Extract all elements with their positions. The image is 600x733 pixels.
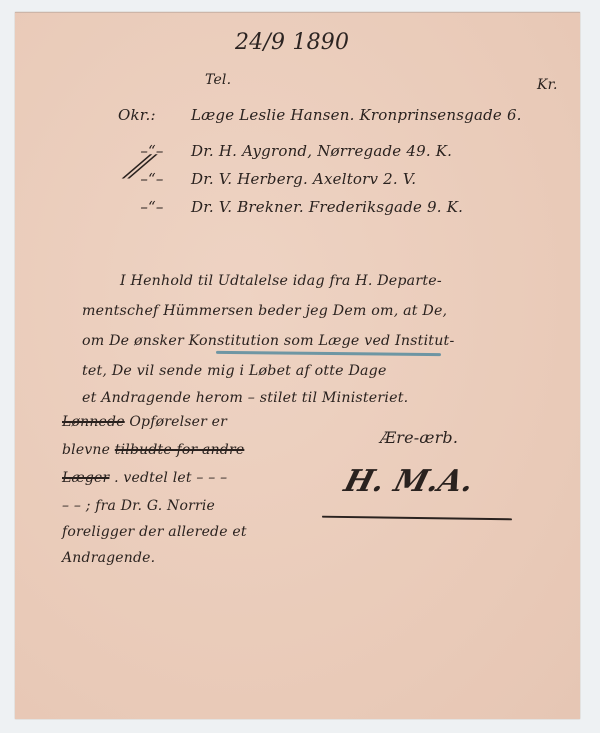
letter-date: 24/9 1890: [235, 30, 349, 55]
side-note-line: – – ; fra Dr. G. Norrie: [62, 498, 215, 514]
addressee-address: Axeltorv 2. V.: [313, 170, 416, 188]
closing-salutation: Ære-ærb.: [380, 428, 458, 447]
header-note: Tel.: [205, 72, 231, 88]
ditto-mark: –“–: [118, 142, 186, 160]
addressee-row: Okr.: Læge Leslie Hansen. Kronprinsensga…: [118, 106, 522, 124]
struck-text: Læger: [62, 470, 109, 486]
addressee-address: Frederiksgade 9. K.: [309, 198, 463, 216]
body-line: I Henhold til Udtalelse idag fra H. Depa…: [120, 273, 442, 289]
addressee-prefix: Okr.:: [118, 106, 186, 124]
addressee-address: Kronprinsensgade 6.: [360, 106, 522, 124]
addressee-row: –“– Dr. V. Herberg. Axeltorv 2. V.: [118, 170, 416, 188]
note-text: . vedtel let – – –: [114, 470, 227, 486]
side-note-line: Læger . vedtel let – – –: [62, 470, 227, 486]
side-note-line: blevne tilbudte for andre: [62, 442, 244, 458]
ditto-mark: –“–: [118, 198, 186, 216]
body-line: om De ønsker Konstitution som Læge ved I…: [82, 333, 454, 349]
addressee-name: Dr. V. Herberg: [191, 170, 303, 188]
addressee-row: –“– Dr. V. Brekner. Frederiksgade 9. K.: [118, 198, 463, 216]
struck-text: Lønnede: [62, 414, 125, 430]
addressee-name: Dr. V. Brekner: [191, 198, 299, 216]
body-line: tet, De vil sende mig i Løbet af otte Da…: [82, 363, 387, 379]
body-line: mentschef Hümmersen beder jeg Dem om, at…: [82, 303, 447, 319]
addressee-address: Nørregade 49. K.: [317, 142, 452, 160]
addressee-name: Læge Leslie Hansen: [191, 106, 350, 124]
body-line: et Andragende herom – stilet til Ministe…: [82, 390, 408, 406]
struck-text: tilbudte for andre: [115, 442, 245, 458]
corner-mark: Kr.: [537, 77, 558, 93]
addressee-row: –“– Dr. H. Aygrond, Nørregade 49. K.: [118, 142, 452, 160]
note-text: blevne: [62, 442, 110, 458]
side-note-line: Andragende.: [62, 550, 155, 566]
side-note-line: Lønnede Opførelser er: [62, 414, 227, 430]
side-note-line: foreligger der allerede et: [62, 524, 247, 540]
note-text: Opførelser er: [129, 414, 227, 430]
addressee-name: Dr. H. Aygrond: [191, 142, 307, 160]
signature: H. M.A.: [340, 464, 477, 499]
